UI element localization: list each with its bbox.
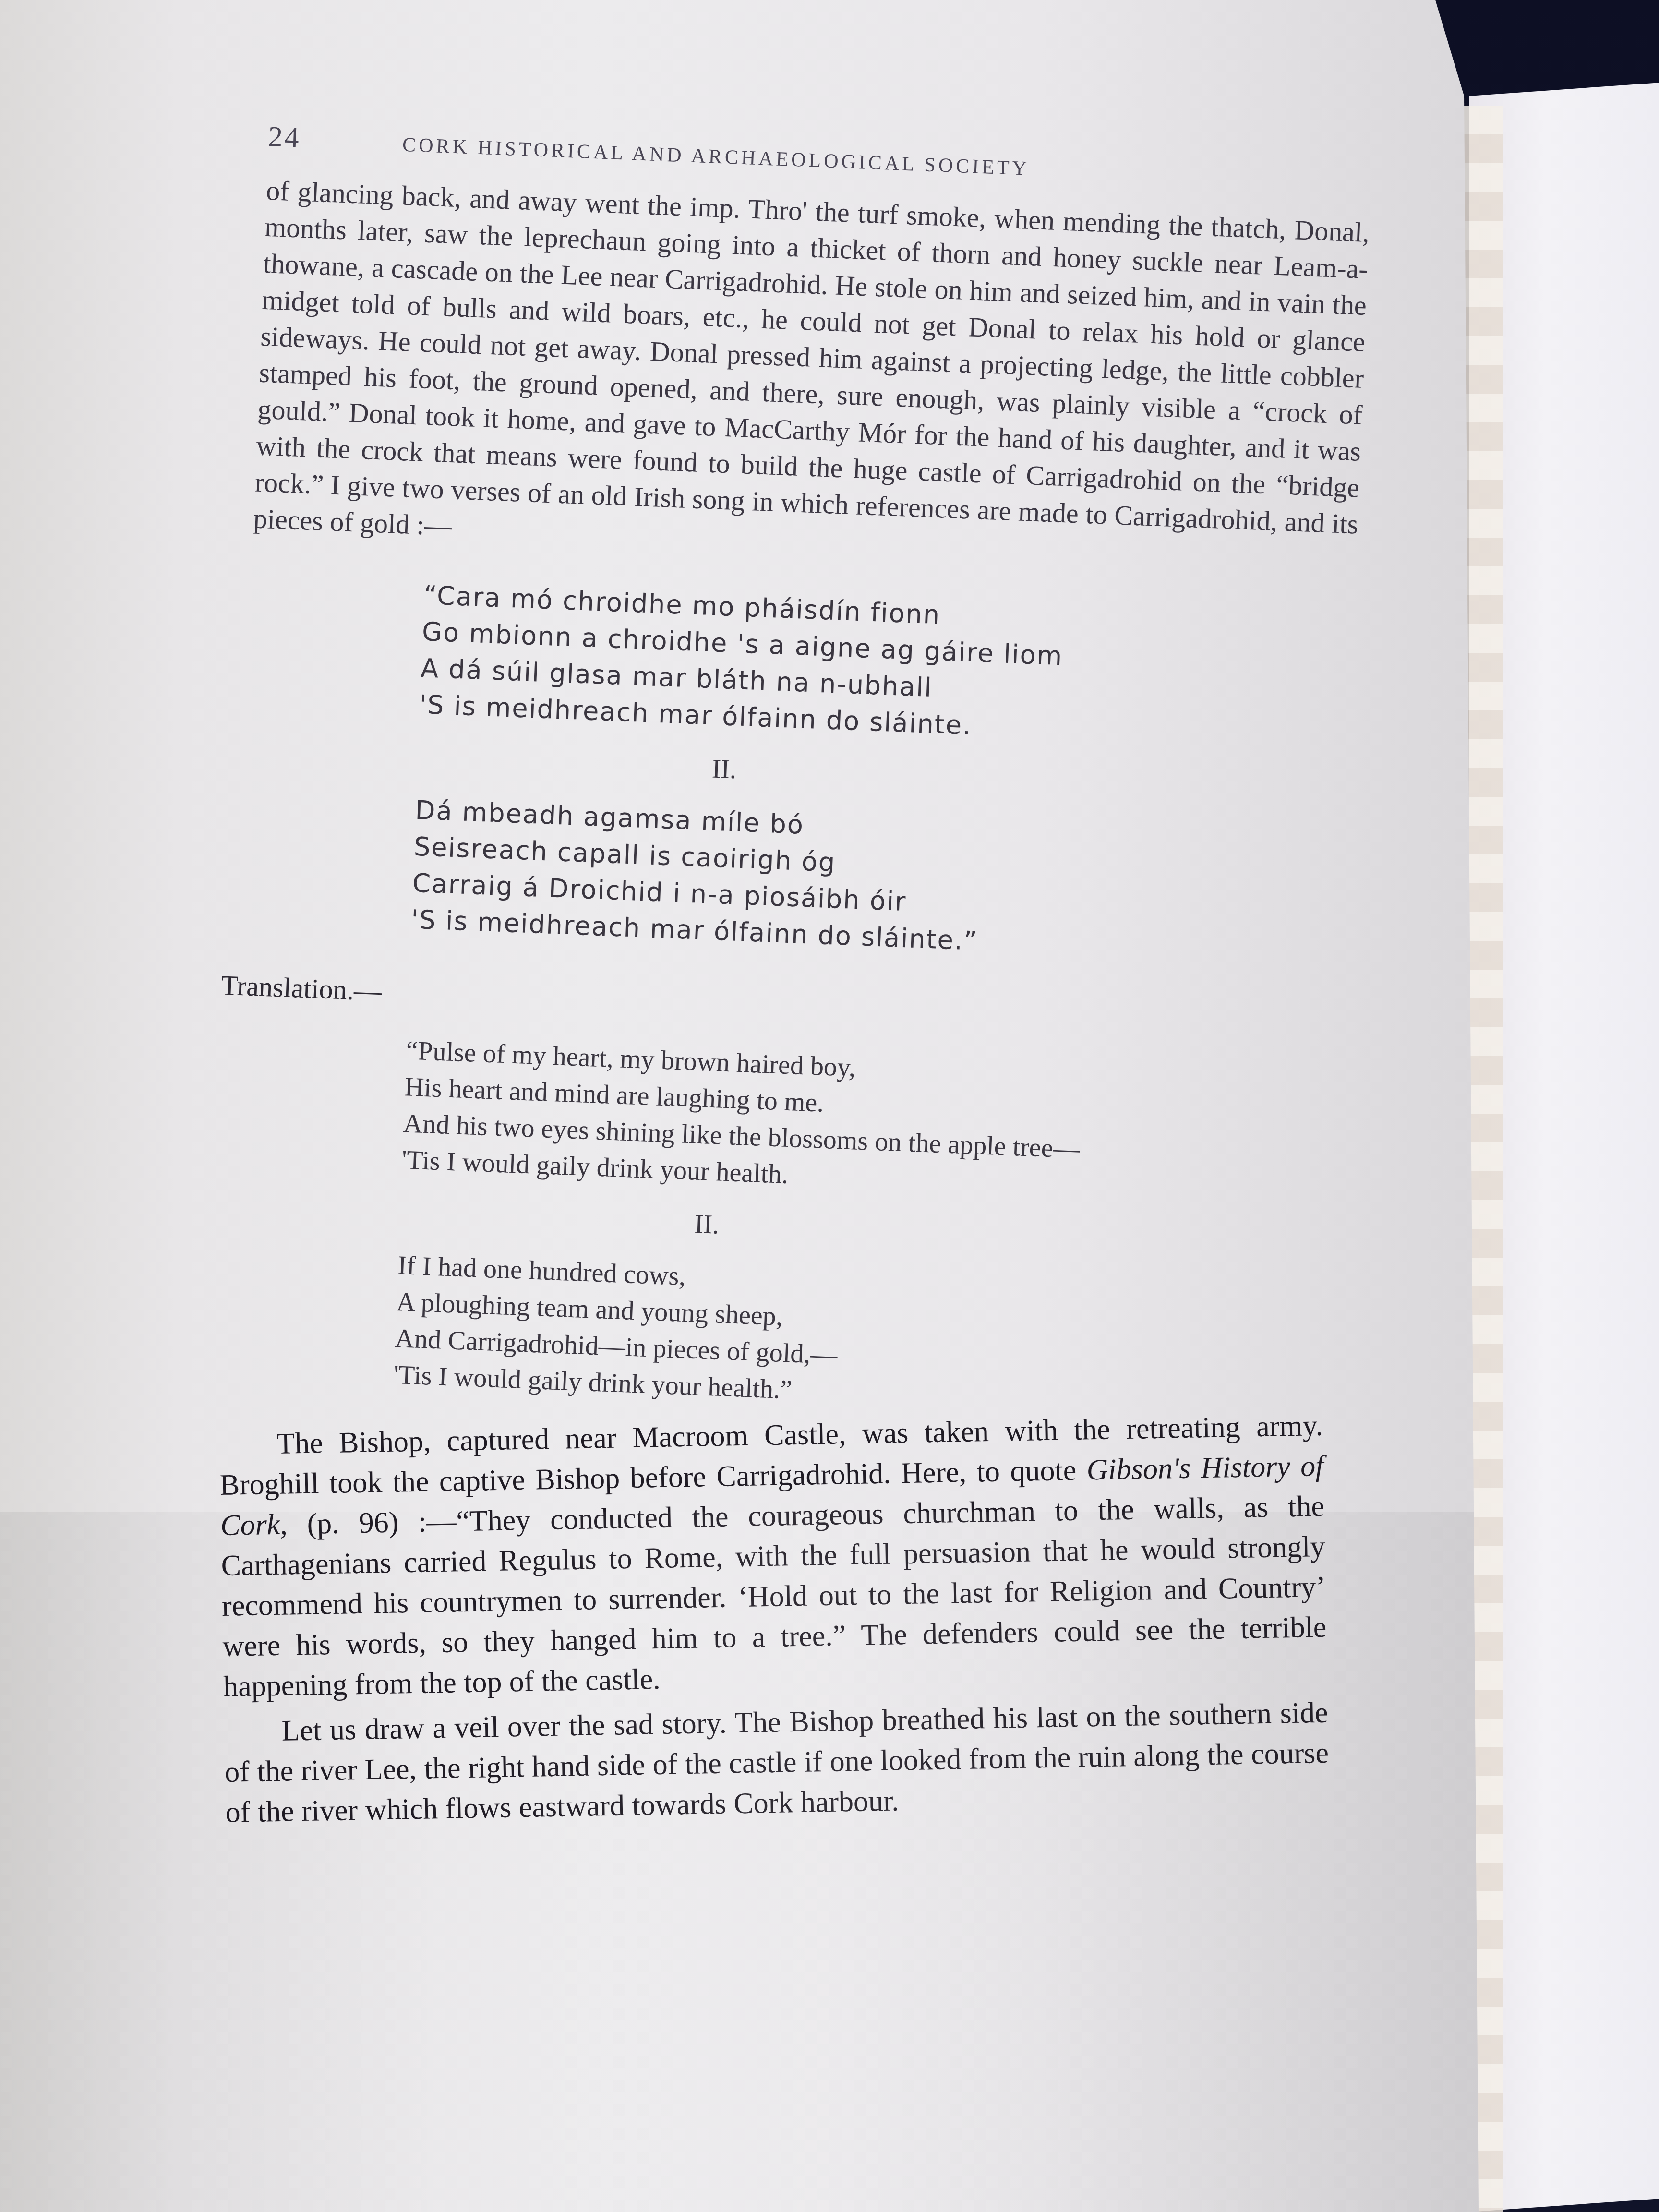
irish-song-verse-1: “Cara mó chroidhe mo pháisdín fionn Go m… bbox=[419, 577, 1355, 758]
bottom-section: The Bishop, captured near Macroom Castle… bbox=[219, 1406, 1330, 1833]
translation-label: Translation.— bbox=[220, 969, 1339, 1044]
journal-title: Cork Historical and Archaeological Socie… bbox=[402, 133, 1030, 180]
closing-paragraph: Let us draw a veil over the sad story. T… bbox=[224, 1693, 1330, 1833]
irish-song-verse-2: Dá mbeadh agamsa míle bó Seisreach capal… bbox=[410, 792, 1346, 974]
opening-paragraph: of glancing back, and away went the imp.… bbox=[253, 172, 1370, 579]
bishop-text-end: (p. 96) :—“They conducted the courageous… bbox=[221, 1490, 1327, 1703]
page-number: 24 bbox=[267, 120, 403, 158]
page-text-block: 24 Cork Historical and Archaeological So… bbox=[203, 120, 1372, 1875]
translation-verse-2: If I had one hundred cows, A ploughing t… bbox=[393, 1247, 1329, 1429]
bishop-paragraph: The Bishop, captured near Macroom Castle… bbox=[219, 1406, 1328, 1707]
translation-verse-1: “Pulse of my heart, my brown haired boy,… bbox=[401, 1032, 1337, 1214]
book-page: 24 Cork Historical and Archaeological So… bbox=[0, 0, 1479, 2212]
